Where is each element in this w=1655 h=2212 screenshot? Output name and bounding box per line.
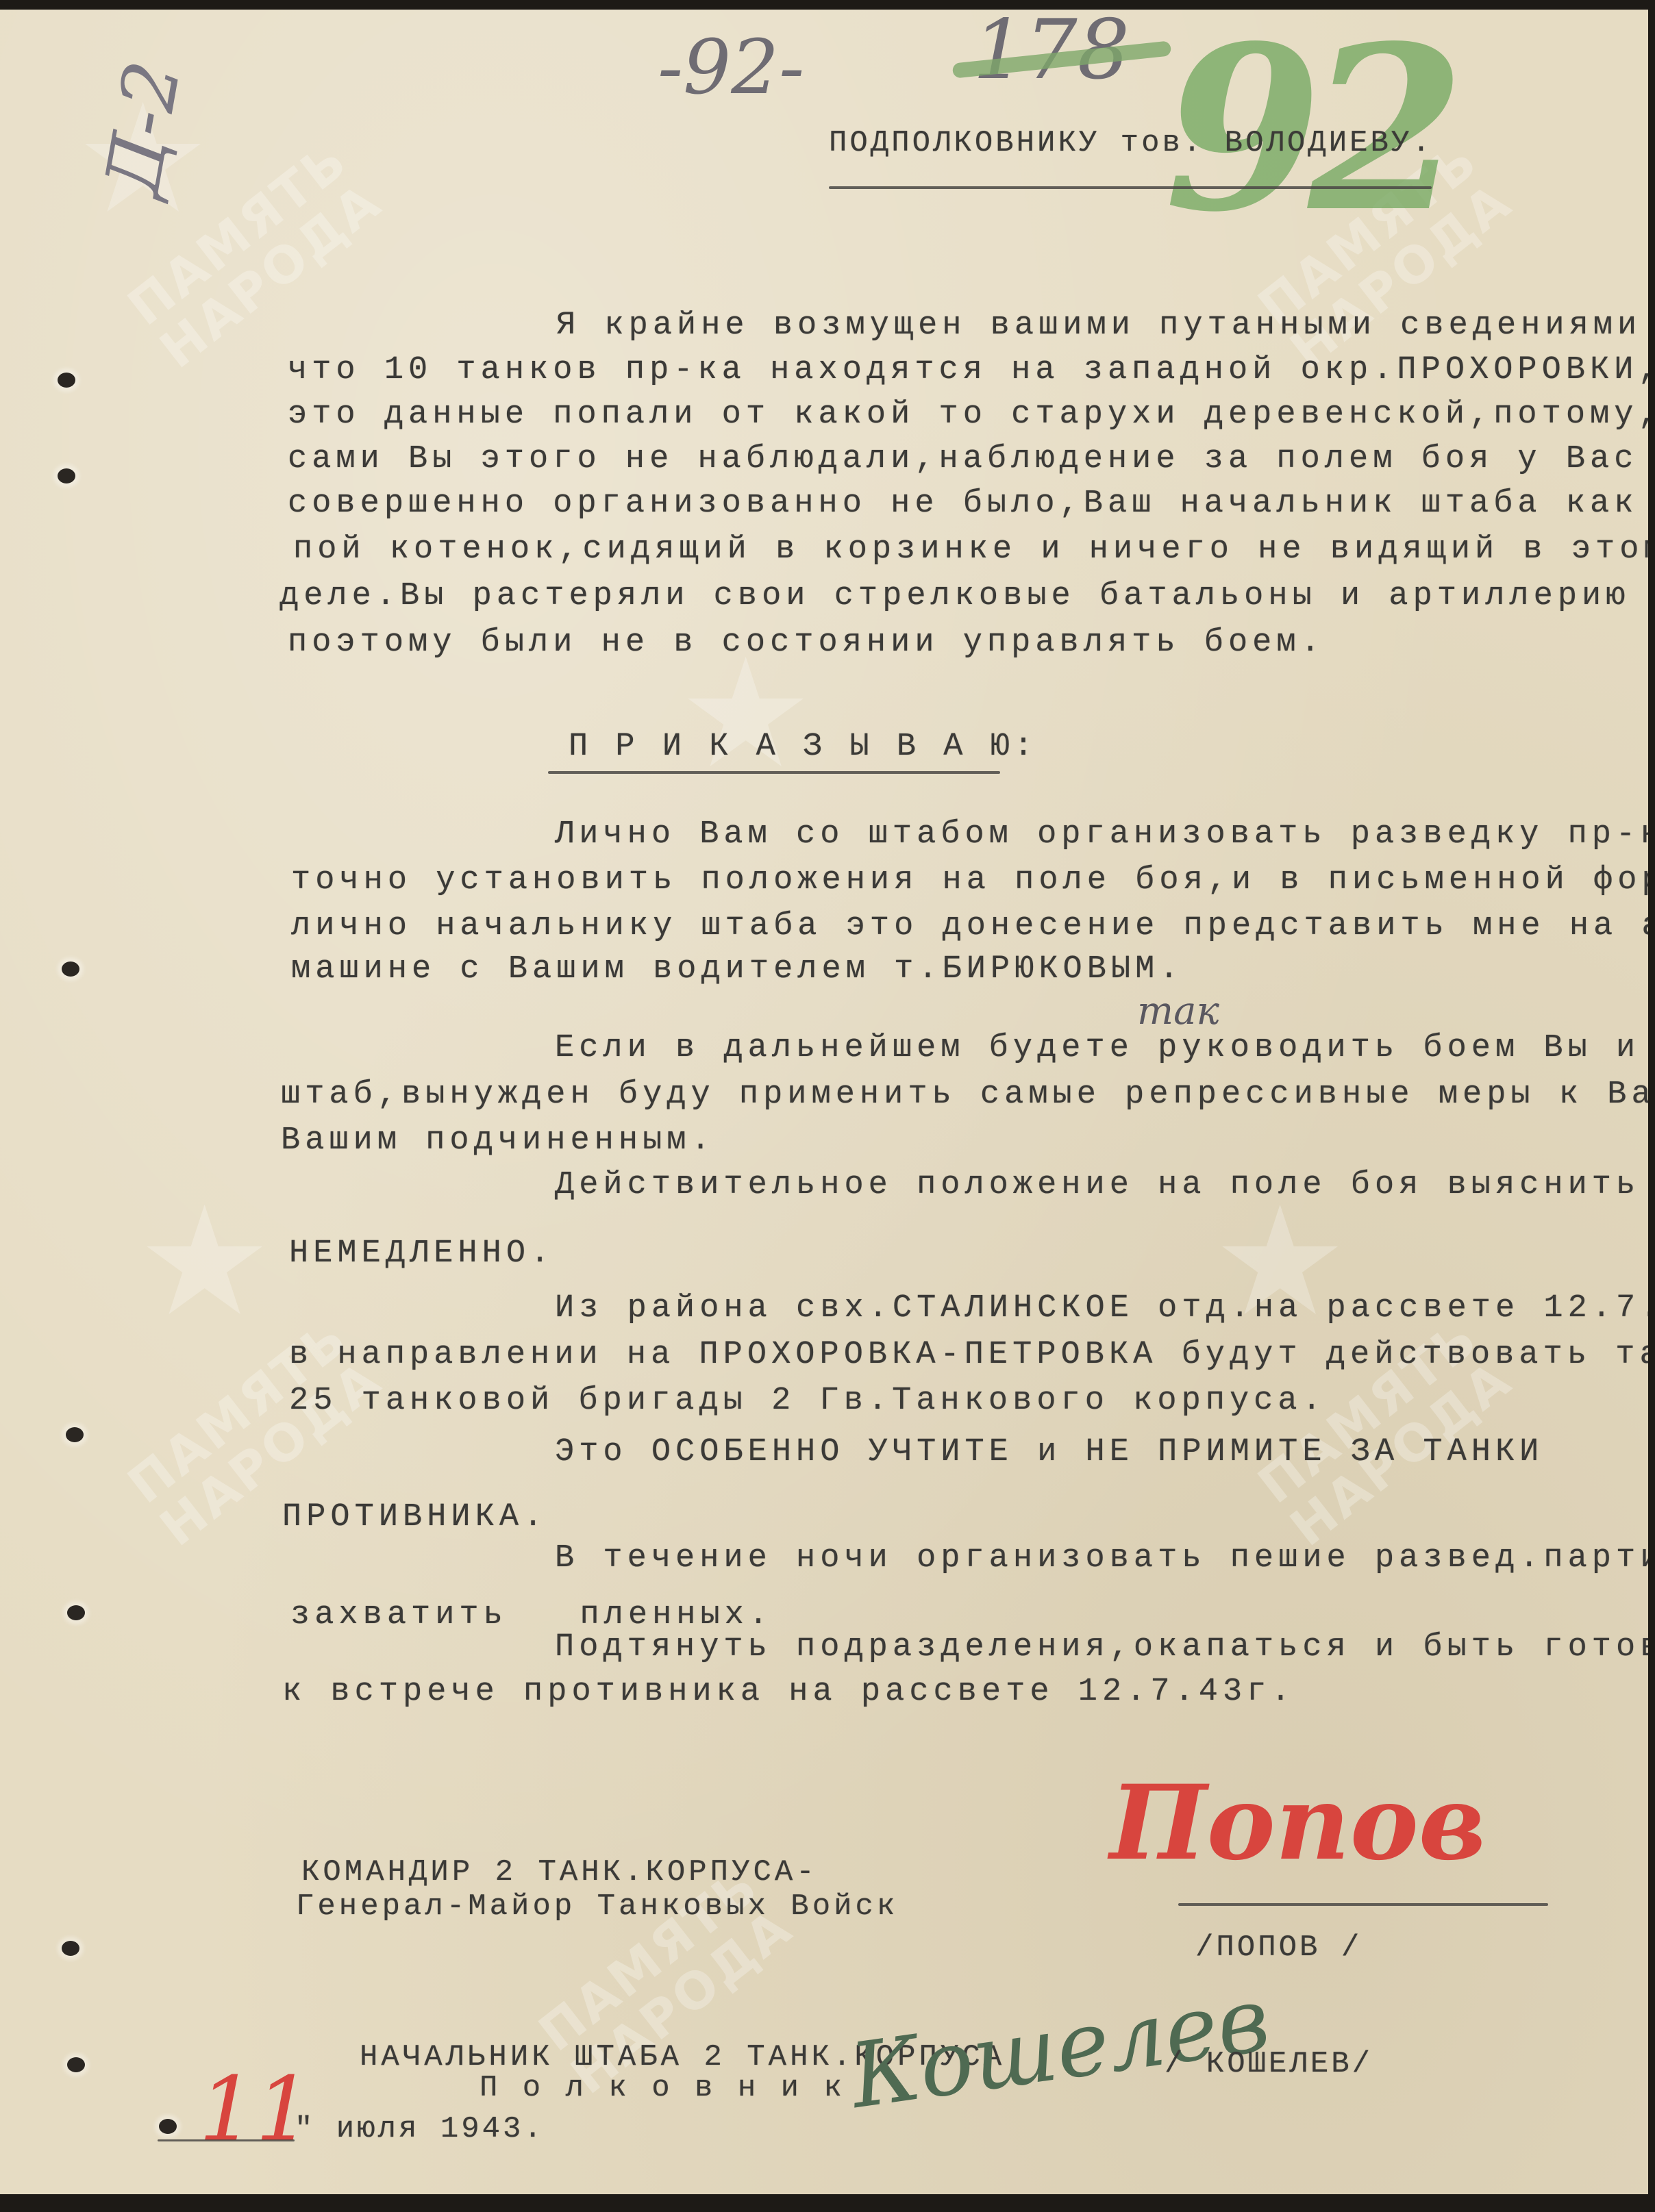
date-rest: " июля 1943. bbox=[295, 2112, 545, 2146]
final-line: к встрече противника на рассвете 12.7.43… bbox=[282, 1674, 1295, 1710]
threat-line: штаб,вынужден буду применить самые репре… bbox=[281, 1077, 1648, 1113]
intro-line: это данные попали от какой то старухи де… bbox=[288, 397, 1648, 433]
order-line: точно установить положения на поле боя,и… bbox=[291, 862, 1648, 898]
punch-hole bbox=[62, 1941, 79, 1956]
addressee-underline bbox=[829, 186, 1432, 189]
watermark-star-icon: ★ bbox=[137, 1174, 272, 1349]
stalinskoe-line: Из района свх.СТАЛИНСКОЕ отд.на рассвете… bbox=[555, 1290, 1648, 1327]
document-page: ПАМЯТЬ НАРОДА ПАМЯТЬ НАРОДА ПАМЯТЬ НАРОД… bbox=[0, 10, 1648, 2194]
order-heading-underline bbox=[548, 771, 1000, 774]
warning-line: ПРОТИВНИКА. bbox=[282, 1499, 547, 1535]
intro-line: что 10 танков пр-ка находятся на западно… bbox=[288, 352, 1648, 388]
final-line: Подтянуть подразделения,окапаться и быть… bbox=[555, 1629, 1648, 1666]
punch-hole bbox=[67, 2057, 85, 2072]
intro-line: Я крайне возмущен вашими путанными сведе… bbox=[556, 307, 1648, 344]
recon-line: захватить пленных. bbox=[290, 1597, 773, 1633]
punch-hole bbox=[67, 1605, 85, 1620]
stalinskoe-line: в направлении на ПРОХОРОВКА-ПЕТРОВКА буд… bbox=[289, 1337, 1648, 1373]
clarify-line: НЕМЕДЛЕННО. bbox=[289, 1235, 554, 1272]
commander-signature-line bbox=[1178, 1903, 1548, 1906]
punch-hole bbox=[159, 2119, 177, 2134]
intro-line: пой котенок,сидящий в корзинке и ничего … bbox=[293, 531, 1648, 568]
warning-line: Это ОСОБЕННО УЧТИТЕ и НЕ ПРИМИТЕ ЗА ТАНК… bbox=[555, 1434, 1543, 1470]
handwritten-insert: так bbox=[1137, 989, 1219, 1033]
page-number-pencil: -92- bbox=[658, 23, 804, 111]
punch-hole bbox=[58, 468, 75, 483]
corner-mark: Д-2 bbox=[88, 55, 197, 203]
recon-line: В течение ночи организовать пешие развед… bbox=[555, 1540, 1648, 1576]
order-line: Лично Вам со штабом организовать разведк… bbox=[555, 816, 1648, 853]
punch-hole bbox=[62, 962, 79, 977]
order-line: машине с Вашим водителем т.БИРЮКОВЫМ. bbox=[291, 951, 1184, 988]
order-line: лично начальнику штаба это донесение пре… bbox=[291, 908, 1648, 944]
commander-name: /ПОПОВ / bbox=[1195, 1931, 1362, 1965]
intro-line: поэтому были не в состоянии управлять бо… bbox=[288, 625, 1325, 661]
addressee: ПОДПОЛКОВНИКУ тов. ВОЛОДИЕВУ. bbox=[829, 126, 1433, 160]
commander-signature: Попов bbox=[1110, 1763, 1486, 1883]
order-heading: П Р И К А З Ы В А Ю: bbox=[569, 729, 1037, 765]
stalinskoe-line: 25 танковой бригады 2 Гв.Танкового корпу… bbox=[289, 1383, 1326, 1419]
commander-title: КОМАНДИР 2 ТАНК.КОРПУСА- bbox=[301, 1855, 818, 1889]
clarify-line: Действительное положение на поле боя выя… bbox=[555, 1167, 1640, 1203]
threat-line: Если в дальнейшем будете руководить боем… bbox=[555, 1030, 1648, 1066]
date-underline bbox=[158, 2139, 295, 2141]
chief-rank: П о л к о в н и к bbox=[480, 2071, 845, 2105]
threat-line: Вашим подчиненным. bbox=[281, 1122, 715, 1159]
punch-hole bbox=[58, 373, 75, 388]
intro-line: совершенно организованно не было,Ваш нач… bbox=[288, 486, 1648, 522]
intro-line: деле.Вы растеряли свои стрелковые баталь… bbox=[279, 578, 1648, 614]
commander-rank: Генерал-Майор Танковых Войск bbox=[296, 1889, 898, 1924]
intro-line: сами Вы этого не наблюдали,наблюдение за… bbox=[288, 441, 1638, 477]
punch-hole bbox=[66, 1427, 84, 1442]
chief-name: / КОШЕЛЕВ/ bbox=[1165, 2047, 1373, 2081]
